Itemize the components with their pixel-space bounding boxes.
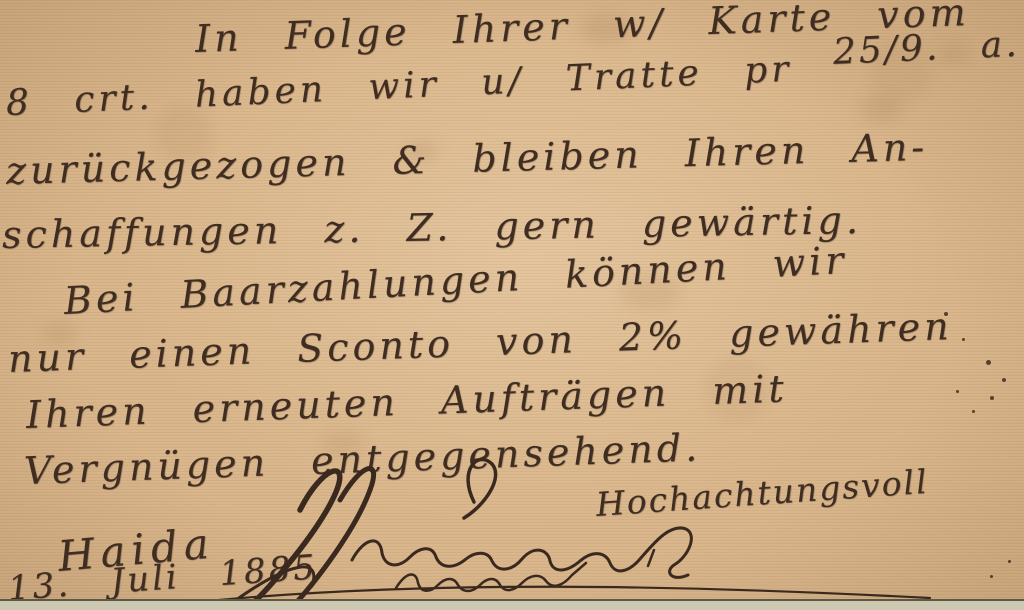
ink-speck bbox=[944, 312, 948, 316]
handwritten-line: zurückgezogen & bleiben Ihren An- bbox=[6, 128, 929, 190]
ink-speck bbox=[1002, 378, 1006, 382]
ink-speck bbox=[1008, 560, 1011, 563]
raised-date-fragment: 25/9. a. c. bbox=[832, 23, 1024, 71]
line-text: Vergnügen entgegensehend. bbox=[23, 425, 702, 493]
ink-speck bbox=[990, 575, 993, 578]
line-text: zurückgezogen & bleiben Ihren An- bbox=[5, 125, 928, 193]
line-text: 8 crt. haben wir u/ Tratte pr bbox=[5, 47, 834, 124]
paper-stain bbox=[860, 96, 902, 122]
ink-speck bbox=[986, 360, 991, 365]
handwritten-line: 8 crt. haben wir u/ Tratte pr 25/9. a. c… bbox=[5, 38, 1024, 122]
ink-speck bbox=[990, 396, 994, 400]
handwritten-line: Ihren erneuten Aufträgen mit bbox=[25, 369, 788, 434]
ink-speck bbox=[972, 410, 975, 413]
postcard-scan: In Folge Ihrer w/ Karte vom 8 crt. haben… bbox=[0, 0, 1024, 610]
ink-speck bbox=[962, 338, 965, 341]
date-line: 13. Juli 1885 bbox=[7, 550, 319, 606]
handwritten-line: Vergnügen entgegensehend. bbox=[23, 428, 701, 490]
ink-speck bbox=[956, 390, 959, 393]
closing-line: Hochachtungsvoll bbox=[595, 465, 930, 521]
scan-bottom-edge bbox=[0, 599, 1024, 610]
